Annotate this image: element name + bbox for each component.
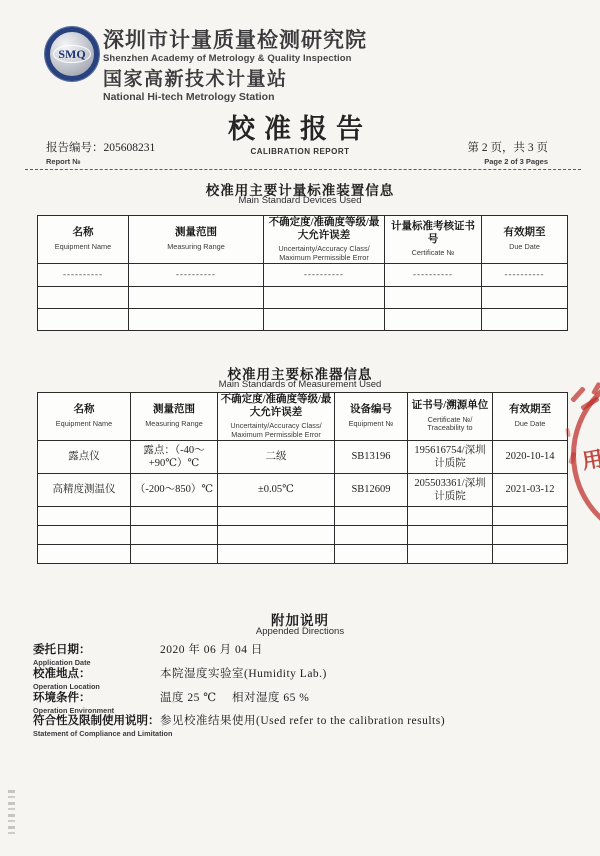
table-cell: ±0.05℃ xyxy=(218,473,335,506)
table-header-cell: 计量标准考核证书号Certificate № xyxy=(385,216,482,264)
table-cell xyxy=(38,286,129,308)
table-cell xyxy=(38,308,129,330)
application-date-value: 2020 年 06 月 04 日 xyxy=(160,641,560,657)
calibration-report-page: SMQ 深圳市计量质量检测研究院 Shenzhen Academy of Met… xyxy=(0,0,600,856)
main-standards-measurement-table: 名称Equipment Name 测量范围Measuring Range 不确定… xyxy=(37,392,568,564)
station-name-cn: 国家高新技术计量站 xyxy=(103,70,367,89)
table-cell xyxy=(408,525,493,544)
logo-text: SMQ xyxy=(53,45,90,63)
operation-environment-label: 环境条件： xyxy=(33,689,114,705)
table-header-row: 名称Equipment Name 测量范围Measuring Range 不确定… xyxy=(38,393,568,441)
smq-logo-icon: SMQ xyxy=(45,27,99,81)
table-cell: 露点仪 xyxy=(38,440,131,473)
edge-mark xyxy=(8,790,15,836)
table-cell xyxy=(129,286,264,308)
table-row xyxy=(38,506,568,525)
table-cell xyxy=(482,308,568,330)
table-header-cell: 证书号/溯源单位Certificate №/ Traceability to xyxy=(408,393,493,441)
table-cell xyxy=(264,308,385,330)
table-cell xyxy=(408,544,493,563)
table-header-cell: 有效期至Due Date xyxy=(493,393,568,441)
table1-title-en: Main Standard Devices Used xyxy=(0,195,600,206)
report-number-sub: Report № xyxy=(46,157,155,166)
table-cell: ---------- xyxy=(264,263,385,286)
table-header-cell: 有效期至Due Date xyxy=(482,216,568,264)
table-cell: SB13196 xyxy=(335,440,408,473)
header-divider xyxy=(25,169,581,170)
org-header: 深圳市计量质量检测研究院 Shenzhen Academy of Metrolo… xyxy=(103,30,367,102)
table-row: 露点仪 露点：（-40～+90℃）℃ 二级 SB13196 195616754/… xyxy=(38,440,568,473)
table-header-cell: 不确定度/准确度等级/最大允许误差Uncertainty/Accuracy Cl… xyxy=(264,216,385,264)
table-cell xyxy=(335,525,408,544)
station-name-en: National Hi-tech Metrology Station xyxy=(103,92,367,103)
operation-location-row: 校准地点： Operation Location 本院湿度实验室(Humidit… xyxy=(33,665,100,691)
table-row xyxy=(38,286,568,308)
main-standard-devices-table: 名称Equipment Name 测量范围Measuring Range 不确定… xyxy=(37,215,568,331)
org-name-cn: 深圳市计量质量检测研究院 xyxy=(103,30,367,51)
table-row xyxy=(38,525,568,544)
table-cell xyxy=(385,308,482,330)
report-number-line: 报告编号：205608231 xyxy=(46,139,155,155)
operation-location-value: 本院湿度实验室(Humidity Lab.) xyxy=(160,665,560,681)
table-cell xyxy=(482,286,568,308)
application-date-row: 委托日期： Application Date 2020 年 06 月 04 日 xyxy=(33,641,91,667)
table-cell xyxy=(129,308,264,330)
org-name-en: Shenzhen Academy of Metrology & Quality … xyxy=(103,54,367,64)
operation-location-label: 校准地点： xyxy=(33,665,100,681)
table-cell: （-200～850）℃ xyxy=(131,473,218,506)
table-cell xyxy=(408,506,493,525)
table-cell: 205503361/深圳计质院 xyxy=(408,473,493,506)
application-date-label: 委托日期： xyxy=(33,641,91,657)
table-cell: 195616754/深圳计质院 xyxy=(408,440,493,473)
table-cell xyxy=(335,506,408,525)
table-cell: ---------- xyxy=(385,263,482,286)
table-cell: 二级 xyxy=(218,440,335,473)
table-cell xyxy=(335,544,408,563)
appended-title-en: Appended Directions xyxy=(0,626,600,637)
table-cell xyxy=(38,544,131,563)
table-row xyxy=(38,308,568,330)
table-header-cell: 测量范围Measuring Range xyxy=(129,216,264,264)
table-cell xyxy=(38,506,131,525)
table-header-cell: 名称Equipment Name xyxy=(38,216,129,264)
table-cell xyxy=(131,506,218,525)
page-indicator-en: Page 2 of 3 Pages xyxy=(468,157,549,166)
page-indicator: 第 2 页，共 3 页 Page 2 of 3 Pages xyxy=(468,139,549,166)
red-stamp-stroke xyxy=(565,428,571,438)
operation-environment-value: 温度 25 ℃ 相对湿度 65 % xyxy=(160,689,560,705)
table-header-cell: 设备编号Equipment № xyxy=(335,393,408,441)
table-cell xyxy=(218,506,335,525)
table-cell: ---------- xyxy=(129,263,264,286)
table-cell xyxy=(493,506,568,525)
table-cell xyxy=(218,544,335,563)
table-cell: 露点：（-40～+90℃）℃ xyxy=(131,440,218,473)
table-cell xyxy=(264,286,385,308)
table-header-row: 名称Equipment Name 测量范围Measuring Range 不确定… xyxy=(38,216,568,264)
table-cell xyxy=(218,525,335,544)
table-header-cell: 测量范围Measuring Range xyxy=(131,393,218,441)
compliance-statement-row: 符合性及限制使用说明： Statement of Compliance and … xyxy=(33,712,172,738)
report-number: 报告编号：205608231 Report № xyxy=(46,139,155,166)
page-indicator-cn: 第 2 页，共 3 页 xyxy=(468,139,549,155)
table-cell: SB12609 xyxy=(335,473,408,506)
compliance-statement-value: 参见校准结果使用(Used refer to the calibration r… xyxy=(160,712,560,728)
table-row: ---------- ---------- ---------- -------… xyxy=(38,263,568,286)
compliance-statement-label: 符合性及限制使用说明： xyxy=(33,712,172,728)
table-header-cell: 不确定度/准确度等级/最大允许误差Uncertainty/Accuracy Cl… xyxy=(218,393,335,441)
table-cell: 2020-10-14 xyxy=(493,440,568,473)
table2-title-en: Main Standards of Measurement Used xyxy=(0,379,600,390)
table-cell xyxy=(131,525,218,544)
table-row: 高精度测温仪 （-200～850）℃ ±0.05℃ SB12609 205503… xyxy=(38,473,568,506)
table-row xyxy=(38,544,568,563)
table-cell xyxy=(131,544,218,563)
table-cell: 2021-03-12 xyxy=(493,473,568,506)
table-cell: 高精度测温仪 xyxy=(38,473,131,506)
table-cell xyxy=(385,286,482,308)
table-cell: ---------- xyxy=(38,263,129,286)
table-cell xyxy=(493,525,568,544)
table-header-cell: 名称Equipment Name xyxy=(38,393,131,441)
table-cell xyxy=(38,525,131,544)
table-cell xyxy=(493,544,568,563)
compliance-statement-label-en: Statement of Compliance and Limitation xyxy=(33,729,172,738)
table-cell: ---------- xyxy=(482,263,568,286)
